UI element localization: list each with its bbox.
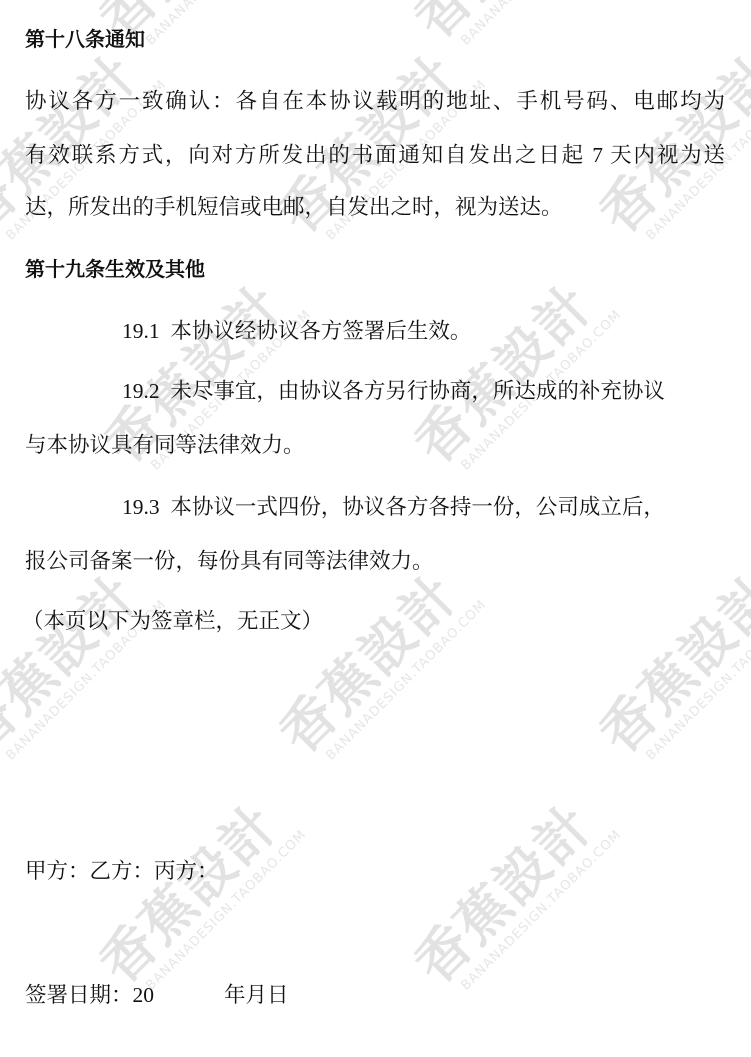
signature-date-label: 签署日期：20 (25, 983, 154, 1007)
section-18-heading: 第十八条通知 (25, 26, 145, 52)
signature-date-suffix: 年月日 (224, 983, 289, 1007)
section-19-heading: 第十九条生效及其他 (25, 256, 205, 282)
clause-19-1: 19.1 本协议经协议各方签署后生效。 (122, 318, 471, 344)
signature-note: （本页以下为签章栏，无正文） (22, 608, 323, 634)
clause-text: 未尽事宜，由协议各方另行协商，所达成的补充协议 (170, 379, 665, 403)
clause-19-3-continued: 报公司备案一份，每份具有同等法律效力。 (25, 548, 434, 574)
section-18-line-2: 有效联系方式，向对方所发出的书面通知自发出之日起 7 天内视为送 (25, 142, 725, 168)
section-18-line-3: 达，所发出的手机短信或电邮，自发出之时，视为送达。 (25, 194, 563, 220)
section-18-line-1: 协议各方一致确认：各自在本协议载明的地址、手机号码、电邮均为 (25, 88, 725, 114)
signature-date: 签署日期：20年月日 (25, 982, 289, 1008)
clause-number: 19.3 (122, 495, 160, 519)
clause-number: 19.1 (122, 319, 160, 343)
clause-text: 本协议一式四份，协议各方各持一份，公司成立后， (170, 495, 665, 519)
signature-parties: 甲方：乙方：丙方： (25, 858, 219, 884)
clause-19-2: 19.2 未尽事宜，由协议各方另行协商，所达成的补充协议 (122, 378, 665, 404)
clause-19-3: 19.3 本协议一式四份，协议各方各持一份，公司成立后， (122, 494, 665, 520)
clause-text: 本协议经协议各方签署后生效。 (170, 319, 471, 343)
document-page: 第十八条通知 协议各方一致确认：各自在本协议载明的地址、手机号码、电邮均为 有效… (0, 0, 751, 1057)
clause-19-2-continued: 与本协议具有同等法律效力。 (25, 432, 305, 458)
clause-number: 19.2 (122, 379, 160, 403)
